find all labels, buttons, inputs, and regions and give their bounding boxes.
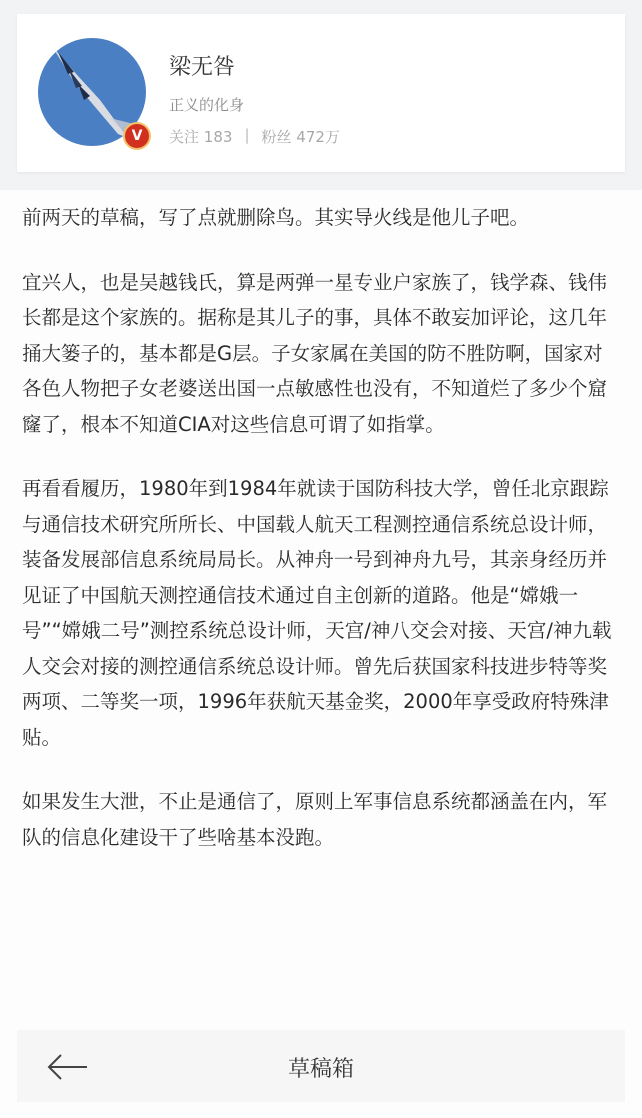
user-bio: 正义的化身 bbox=[169, 94, 244, 115]
follow-stats: 关注 183 | 粉丝 472万 bbox=[169, 126, 340, 147]
verified-badge-icon: V bbox=[123, 122, 151, 150]
followers-link[interactable]: 粉丝 472万 bbox=[262, 126, 340, 147]
following-link[interactable]: 关注 183 bbox=[169, 126, 232, 147]
post-paragraph-4: 如果发生大泄，不止是通信了，原则上军事信息系统都涵盖在内，军队的信息化建设干了些… bbox=[22, 784, 622, 855]
followers-label: 粉丝 bbox=[262, 128, 292, 146]
drafts-nav-bar: 草稿箱 bbox=[17, 1030, 625, 1102]
page-title: 草稿箱 bbox=[17, 1052, 625, 1083]
following-label: 关注 bbox=[169, 128, 199, 146]
post-content: 前两天的草稿，写了点就删除鸟。其实导火线是他儿子吧。 宜兴人，也是吴越钱氏，算是… bbox=[22, 200, 622, 884]
following-count: 183 bbox=[204, 128, 233, 146]
cropped-text-fragment bbox=[40, 1100, 600, 1114]
post-paragraph-1: 前两天的草稿，写了点就删除鸟。其实导火线是他儿子吧。 bbox=[22, 200, 622, 236]
profile-card[interactable]: V 梁无咎 正义的化身 关注 183 | 粉丝 472万 bbox=[17, 14, 625, 172]
followers-count: 472万 bbox=[296, 128, 340, 146]
stats-separator: | bbox=[244, 126, 249, 147]
post-paragraph-2: 宜兴人，也是吴越钱氏，算是两弹一星专业户家族了，钱学森、钱伟长都是这个家族的。据… bbox=[22, 265, 622, 443]
post-paragraph-3: 再看看履历，1980年到1984年就读于国防科技大学，曾任北京跟踪与通信技术研究… bbox=[22, 471, 622, 755]
username[interactable]: 梁无咎 bbox=[169, 50, 235, 81]
